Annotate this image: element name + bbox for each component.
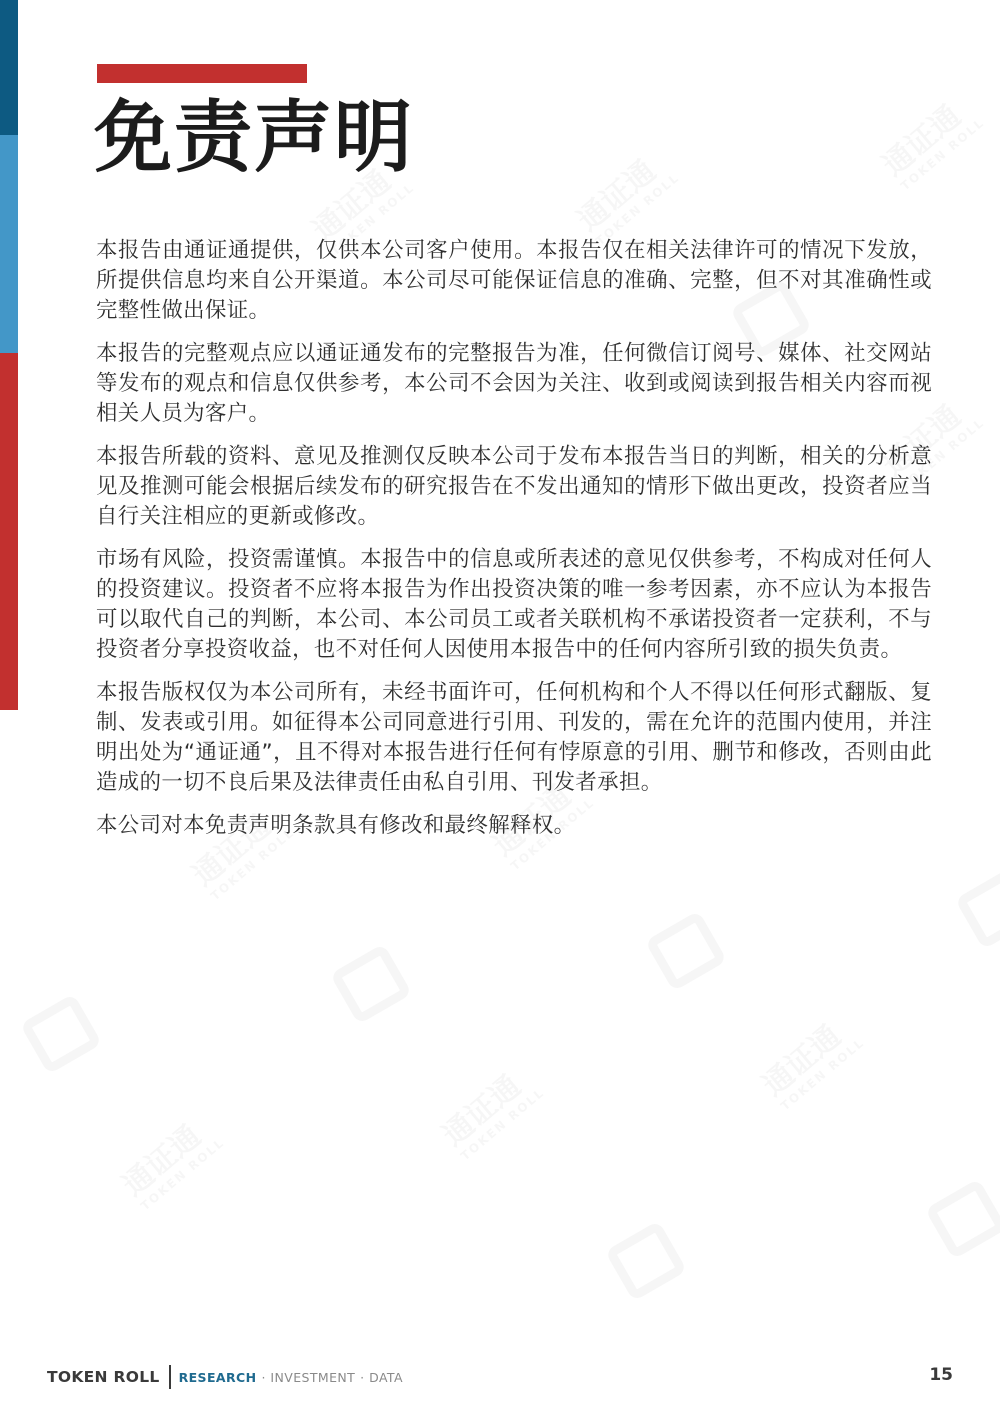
disclaimer-paragraph: 本报告版权仅为本公司所有，未经书面许可，任何机构和个人不得以任何形式翻版、复制、… bbox=[96, 678, 932, 798]
footer: TOKEN ROLL RESEARCH · INVESTMENT · DATA bbox=[47, 1364, 403, 1390]
watermark: 通证通TOKEN ROLL bbox=[878, 91, 987, 192]
footer-separator: · bbox=[360, 1370, 364, 1385]
side-bar-light-blue bbox=[0, 135, 18, 353]
footer-divider bbox=[169, 1365, 171, 1389]
title-accent-bar bbox=[97, 64, 307, 83]
watermark: 通证通TOKEN ROLL bbox=[438, 1061, 547, 1162]
side-bar-dark-blue bbox=[0, 0, 18, 135]
watermark-logo-icon bbox=[925, 1178, 1000, 1259]
watermark: 通证通TOKEN ROLL bbox=[573, 146, 682, 247]
watermark-logo-icon bbox=[20, 993, 103, 1074]
page-title: 免责声明 bbox=[94, 92, 414, 184]
watermark-logo-icon bbox=[645, 910, 728, 991]
disclaimer-body: 本报告由通证通提供，仅供本公司客户使用。本报告仅在相关法律许可的情况下发放，所提… bbox=[96, 236, 932, 854]
disclaimer-paragraph: 本公司对本免责声明条款具有修改和最终解释权。 bbox=[96, 811, 932, 841]
watermark: 通证通TOKEN ROLL bbox=[118, 1111, 227, 1212]
footer-tag-investment: INVESTMENT bbox=[270, 1370, 355, 1385]
watermark-logo-icon bbox=[955, 868, 1000, 949]
page-number: 15 bbox=[929, 1365, 953, 1385]
footer-tag-data: DATA bbox=[369, 1370, 403, 1385]
watermark: 通证通TOKEN ROLL bbox=[758, 1011, 867, 1112]
side-bar-red bbox=[0, 353, 18, 710]
footer-tag-research: RESEARCH bbox=[179, 1370, 257, 1385]
watermark-logo-icon bbox=[330, 943, 413, 1024]
footer-separator: · bbox=[261, 1370, 265, 1385]
footer-brand: TOKEN ROLL bbox=[47, 1368, 160, 1386]
disclaimer-paragraph: 本报告所载的资料、意见及推测仅反映本公司于发布本报告当日的判断，相关的分析意见及… bbox=[96, 442, 932, 532]
watermark-logo-icon bbox=[605, 1220, 688, 1301]
disclaimer-paragraph: 本报告由通证通提供，仅供本公司客户使用。本报告仅在相关法律许可的情况下发放，所提… bbox=[96, 236, 932, 326]
disclaimer-paragraph: 本报告的完整观点应以通证通发布的完整报告为准，任何微信订阅号、媒体、社交网站等发… bbox=[96, 339, 932, 429]
disclaimer-paragraph: 市场有风险，投资需谨慎。本报告中的信息或所表述的意见仅供参考，不构成对任何人的投… bbox=[96, 545, 932, 665]
